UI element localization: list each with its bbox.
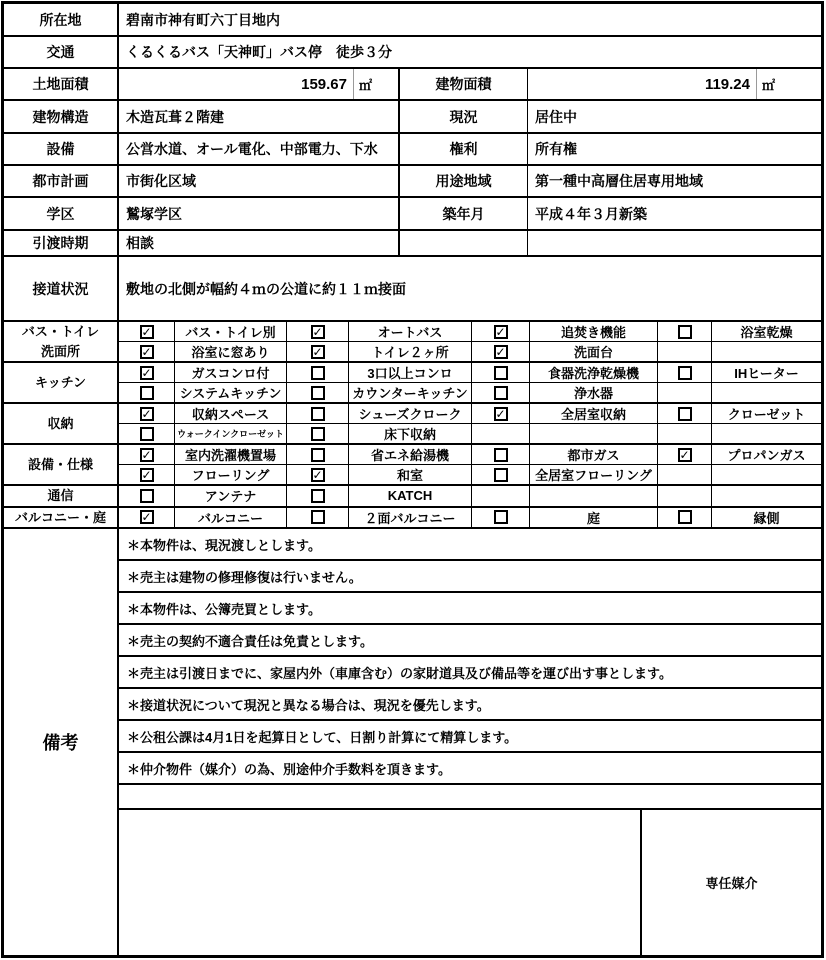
feature-section: 通信アンテナKATCH (4, 486, 821, 508)
remark-note: ＊売主の契約不適合責任は免責とします。 (119, 625, 821, 657)
checkbox-unchecked-icon (287, 486, 349, 506)
facilities-value: 公営水道、オール電化、中部電力、下水 (119, 134, 400, 164)
feature-item-label: 和室 (349, 465, 472, 484)
empty-checkbox-cell (472, 424, 530, 443)
feature-item-label: 浄水器 (530, 383, 658, 402)
handover-empty-cell-1 (400, 231, 528, 255)
agency-type-value: 専任媒介 (642, 810, 821, 955)
feature-item-label: 浴室乾燥 (712, 322, 821, 341)
checkbox-unchecked-icon (658, 322, 712, 341)
empty-item-cell (530, 486, 658, 506)
feature-item-label: 都市ガス (530, 445, 658, 464)
remark-note: ＊売主は建物の修理修復は行いません。 (119, 561, 821, 593)
empty-checkbox-cell (658, 465, 712, 484)
transport-value: くるくるバス「天神町」バス停 徒歩３分 (119, 37, 821, 67)
checkbox-unchecked-icon (119, 486, 175, 506)
land-area-value: 159.67 (119, 69, 354, 99)
facilities-label: 設備 (4, 134, 119, 164)
checkbox-checked-icon: ✓ (119, 508, 175, 528)
remark-note: ＊仲介物件（媒介）の為、別途仲介手数料を頂きます。 (119, 753, 821, 785)
structure-label: 建物構造 (4, 101, 119, 132)
transport-label: 交通 (4, 37, 119, 67)
zoning-label: 用途地域 (400, 166, 528, 196)
feature-row: ウォークインクローゼット床下収納 (119, 424, 821, 443)
checkbox-unchecked-icon (287, 383, 349, 402)
checkbox-unchecked-icon (472, 363, 530, 382)
row-area: 土地面積 159.67 ㎡ 建物面積 119.24 ㎡ (4, 69, 821, 101)
feature-section: 収納✓収納スペースシューズクローク✓全居室収納クローゼットウォークインクローゼッ… (4, 404, 821, 445)
planning-value: 市街化区域 (119, 166, 400, 196)
empty-checkbox-cell (472, 486, 530, 506)
feature-item-label: 全居室フローリング (530, 465, 658, 484)
row-planning: 都市計画 市街化区域 用途地域 第一種中高層住居専用地域 (4, 166, 821, 198)
feature-row: ✓バルコニー２面バルコニー庭縁側 (119, 508, 821, 528)
checkbox-unchecked-icon (658, 508, 712, 528)
feature-item-label: フローリング (175, 465, 287, 484)
checkbox-checked-icon: ✓ (472, 404, 530, 423)
status-value: 居住中 (528, 101, 821, 132)
zoning-value: 第一種中高層住居専用地域 (528, 166, 821, 196)
feature-item-label: 庭 (530, 508, 658, 528)
building-area-unit: ㎡ (757, 69, 821, 99)
handover-empty-cell-2 (528, 231, 821, 255)
feature-row: ✓ガスコンロ付3口以上コンロ食器洗浄乾燥機IHヒーター (119, 363, 821, 383)
empty-item-cell (530, 424, 658, 443)
row-facilities: 設備 公営水道、オール電化、中部電力、下水 権利 所有権 (4, 134, 821, 166)
feature-item-label: ウォークインクローゼット (175, 424, 287, 443)
row-handover: 引渡時期 相談 (4, 231, 821, 257)
empty-item-cell (712, 383, 821, 402)
feature-item-label: トイレ２ヶ所 (349, 342, 472, 361)
feature-section: 設備・仕様✓室内洗濯機置場省エネ給湯機都市ガス✓プロパンガス✓フローリング✓和室… (4, 445, 821, 486)
feature-item-label: 洗面台 (530, 342, 658, 361)
feature-item-label: 食器洗浄乾燥機 (530, 363, 658, 382)
rights-label: 権利 (400, 134, 528, 164)
checkbox-checked-icon: ✓ (287, 322, 349, 341)
checkbox-unchecked-icon (658, 404, 712, 423)
road-label: 接道状況 (4, 257, 119, 320)
row-school: 学区 鷲塚学区 築年月 平成４年３月新築 (4, 198, 821, 231)
checkbox-unchecked-icon (472, 445, 530, 464)
remarks-footer-row: 専任媒介 (119, 810, 821, 955)
empty-item-cell (712, 342, 821, 361)
feature-item-label: アンテナ (175, 486, 287, 506)
location-label: 所在地 (4, 4, 119, 35)
row-road: 接道状況 敷地の北側が幅約４ｍの公道に約１１ｍ接面 (4, 257, 821, 322)
remark-note: ＊本物件は、現況渡しとします。 (119, 529, 821, 561)
feature-row: ✓浴室に窓あり✓トイレ２ヶ所✓洗面台 (119, 342, 821, 361)
feature-section-label: キッチン (4, 363, 119, 402)
feature-row: システムキッチンカウンターキッチン浄水器 (119, 383, 821, 402)
checkbox-unchecked-icon (472, 508, 530, 528)
structure-value: 木造瓦葺２階建 (119, 101, 400, 132)
checkbox-checked-icon: ✓ (119, 322, 175, 341)
checkbox-unchecked-icon (472, 383, 530, 402)
built-date-value: 平成４年３月新築 (528, 198, 821, 229)
remark-note: ＊本物件は、公簿売買とします。 (119, 593, 821, 625)
empty-checkbox-cell (658, 486, 712, 506)
feature-item-label: 床下収納 (349, 424, 472, 443)
feature-row: ✓収納スペースシューズクローク✓全居室収納クローゼット (119, 404, 821, 424)
feature-item-label: 室内洗濯機置場 (175, 445, 287, 464)
feature-item-label: バス・トイレ別 (175, 322, 287, 341)
checkbox-unchecked-icon (287, 445, 349, 464)
feature-item-label: カウンターキッチン (349, 383, 472, 402)
empty-checkbox-cell (658, 424, 712, 443)
feature-section-label: バス・トイレ洗面所 (4, 322, 119, 361)
empty-item-cell (712, 486, 821, 506)
checkbox-checked-icon: ✓ (658, 445, 712, 464)
feature-row: ✓バス・トイレ別✓オートバス✓追焚き機能浴室乾燥 (119, 322, 821, 342)
feature-item-label: 追焚き機能 (530, 322, 658, 341)
feature-item-label: 全居室収納 (530, 404, 658, 423)
status-label: 現況 (400, 101, 528, 132)
checkbox-checked-icon: ✓ (119, 465, 175, 484)
feature-item-label: バルコニー (175, 508, 287, 528)
feature-row: ✓室内洗濯機置場省エネ給湯機都市ガス✓プロパンガス (119, 445, 821, 465)
handover-value: 相談 (119, 231, 400, 255)
feature-section-label: 通信 (4, 486, 119, 506)
footer-empty-cell (119, 810, 642, 955)
remark-note: ＊接道状況について現況と異なる場合は、現況を優先します。 (119, 689, 821, 721)
feature-section-label: 設備・仕様 (4, 445, 119, 484)
feature-row: アンテナKATCH (119, 486, 821, 506)
row-structure: 建物構造 木造瓦葺２階建 現況 居住中 (4, 101, 821, 134)
feature-item-label: 縁側 (712, 508, 821, 528)
building-area-label: 建物面積 (400, 69, 528, 99)
remarks-label: 備考 (4, 529, 119, 955)
feature-item-label: ２面バルコニー (349, 508, 472, 528)
feature-section: バス・トイレ洗面所✓バス・トイレ別✓オートバス✓追焚き機能浴室乾燥✓浴室に窓あり… (4, 322, 821, 363)
remarks-section: 備考 ＊本物件は、現況渡しとします。＊売主は建物の修理修復は行いません。＊本物件… (4, 529, 821, 955)
rights-value: 所有権 (528, 134, 821, 164)
checkbox-unchecked-icon (287, 363, 349, 382)
row-location: 所在地 碧南市神有町六丁目地内 (4, 4, 821, 37)
checkbox-checked-icon: ✓ (287, 465, 349, 484)
land-area-unit: ㎡ (354, 69, 400, 99)
feature-item-label: シューズクローク (349, 404, 472, 423)
empty-checkbox-cell (658, 342, 712, 361)
property-info-sheet: 所在地 碧南市神有町六丁目地内 交通 くるくるバス「天神町」バス停 徒歩３分 土… (1, 1, 824, 958)
handover-label: 引渡時期 (4, 231, 119, 255)
feature-item-label: システムキッチン (175, 383, 287, 402)
feature-item-label: 3口以上コンロ (349, 363, 472, 382)
checkbox-checked-icon: ✓ (119, 404, 175, 423)
remark-note: ＊売主は引渡日までに、家屋内外（車庫含む）の家財道具及び備品等を運び出す事としま… (119, 657, 821, 689)
feature-section: バルコニー・庭✓バルコニー２面バルコニー庭縁側 (4, 508, 821, 530)
row-transport: 交通 くるくるバス「天神町」バス停 徒歩３分 (4, 37, 821, 69)
feature-item-label: クローゼット (712, 404, 821, 423)
checkbox-checked-icon: ✓ (119, 445, 175, 464)
feature-item-label: IHヒーター (712, 363, 821, 382)
checkbox-unchecked-icon (119, 383, 175, 402)
feature-section-label: バルコニー・庭 (4, 508, 119, 528)
remark-note: ＊公租公課は4月1日を起算日として、日割り計算にて精算します。 (119, 721, 821, 753)
checkbox-unchecked-icon (287, 508, 349, 528)
feature-section-label: 収納 (4, 404, 119, 443)
checkbox-unchecked-icon (472, 465, 530, 484)
built-date-label: 築年月 (400, 198, 528, 229)
checkbox-checked-icon: ✓ (472, 342, 530, 361)
empty-item-cell (712, 424, 821, 443)
planning-label: 都市計画 (4, 166, 119, 196)
checkbox-checked-icon: ✓ (119, 342, 175, 361)
feature-row: ✓フローリング✓和室全居室フローリング (119, 465, 821, 484)
remark-empty-row (119, 785, 821, 810)
feature-item-label: ガスコンロ付 (175, 363, 287, 382)
road-value: 敷地の北側が幅約４ｍの公道に約１１ｍ接面 (119, 257, 821, 320)
empty-checkbox-cell (658, 383, 712, 402)
checkbox-unchecked-icon (287, 424, 349, 443)
checkbox-checked-icon: ✓ (287, 342, 349, 361)
checkbox-unchecked-icon (287, 404, 349, 423)
land-area-label: 土地面積 (4, 69, 119, 99)
checkbox-unchecked-icon (658, 363, 712, 382)
location-value: 碧南市神有町六丁目地内 (119, 4, 821, 35)
feature-item-label: 収納スペース (175, 404, 287, 423)
checkbox-checked-icon: ✓ (472, 322, 530, 341)
feature-item-label: 省エネ給湯機 (349, 445, 472, 464)
school-label: 学区 (4, 198, 119, 229)
feature-item-label: 浴室に窓あり (175, 342, 287, 361)
building-area-value: 119.24 (528, 69, 757, 99)
feature-item-label: プロパンガス (712, 445, 821, 464)
empty-item-cell (712, 465, 821, 484)
school-value: 鷲塚学区 (119, 198, 400, 229)
checkbox-unchecked-icon (119, 424, 175, 443)
checkbox-checked-icon: ✓ (119, 363, 175, 382)
feature-section: キッチン✓ガスコンロ付3口以上コンロ食器洗浄乾燥機IHヒーターシステムキッチンカ… (4, 363, 821, 404)
feature-item-label: KATCH (349, 486, 472, 506)
feature-item-label: オートバス (349, 322, 472, 341)
